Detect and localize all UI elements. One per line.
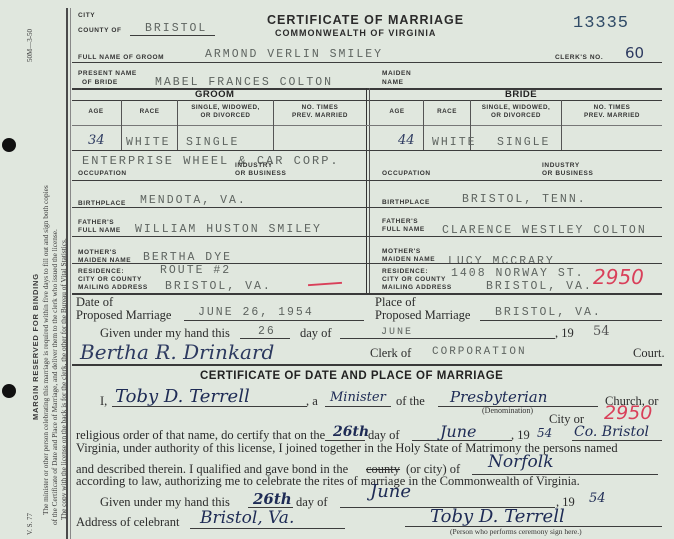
groom-residence-label-1: RESIDENCE: xyxy=(78,268,124,276)
row-rule xyxy=(72,364,662,366)
row-rule xyxy=(72,150,662,151)
form-id: V. S. 77 xyxy=(26,513,34,535)
punch-hole-icon xyxy=(2,384,16,398)
date-underline xyxy=(184,320,364,321)
col-status-line-1: SINGLE, WIDOWED, xyxy=(191,104,260,111)
cell-divider xyxy=(423,100,424,150)
license-year-prefix: , 19 xyxy=(555,326,574,341)
cell-divider xyxy=(177,100,178,150)
bride-birthplace: BRISTOL, TENN. xyxy=(462,193,587,206)
certificate-subtitle: COMMONWEALTH OF VIRGINIA xyxy=(275,28,436,38)
groom-name-value: ARMOND VERLIN SMILEY xyxy=(205,48,383,61)
ceremony-day: 26th xyxy=(333,424,369,440)
bride-heading: BRIDE xyxy=(505,89,537,100)
groom-industry-label-1: INDUSTRY xyxy=(235,162,273,170)
county-value: BRISTOL xyxy=(145,22,207,35)
bride-residence-line2: BRISTOL, VA. xyxy=(486,280,593,293)
col-times-line-2: PREV. MARRIED xyxy=(584,112,640,119)
groom-name-label: FULL NAME OF GROOM xyxy=(78,54,164,62)
margin-instruction-1: The minister or other person celebrating… xyxy=(41,185,50,515)
row-rule xyxy=(72,125,662,126)
bride-residence-label-2: CITY OR COUNTY xyxy=(382,276,446,284)
binding-title: MARGIN RESERVED FOR BINDING xyxy=(31,273,40,420)
margin-instruction-2: of the Certificate of Date and Place of … xyxy=(50,229,59,525)
bride-status: SINGLE xyxy=(497,136,550,149)
signature-caption: (Person who performs ceremony sign here.… xyxy=(450,527,582,536)
ceremony-a-label: , a xyxy=(306,394,318,409)
bride-col-age: AGE xyxy=(372,108,422,116)
row-rule xyxy=(72,207,662,208)
license-day-of: day of xyxy=(300,326,332,341)
groom-age: 34 xyxy=(88,133,105,148)
bride-present-label-1: PRESENT NAME xyxy=(78,70,137,78)
ceremony-code: 2950 xyxy=(604,402,652,424)
groom-father: WILLIAM HUSTON SMILEY xyxy=(135,223,322,236)
punch-hole-icon xyxy=(2,138,16,152)
col-status-line-2: OR DIVORCED xyxy=(201,112,251,119)
clerk-no-value: 60 xyxy=(625,44,644,62)
bride-present-label-2: OF BRIDE xyxy=(82,79,118,87)
license-given-day: 26 xyxy=(258,325,276,338)
bride-residence-label-3: MAILING ADDRESS xyxy=(382,284,452,292)
row-rule xyxy=(72,62,662,63)
bride-birthplace-label: BIRTHPLACE xyxy=(382,199,430,207)
proposed-place-value: BRISTOL, VA. xyxy=(495,306,602,319)
groom-col-age: AGE xyxy=(72,108,120,116)
county-label: COUNTY OF xyxy=(78,27,122,35)
binding-margin: 50M—3-50 V. S. 77 MARGIN RESERVED FOR BI… xyxy=(0,0,66,539)
ceremony-of-the: of the xyxy=(396,394,425,409)
court-label: Court. xyxy=(633,346,665,361)
place-label-2: Proposed Marriage xyxy=(375,308,470,323)
groom-occupation-label: OCCUPATION xyxy=(78,170,127,178)
denomination-caption: (Denomination) xyxy=(482,406,533,415)
bride-col-status: SINGLE, WIDOWED,OR DIVORCED xyxy=(471,104,561,120)
address-underline xyxy=(190,528,345,529)
groom-birthplace: MENDOTA, VA. xyxy=(140,194,247,207)
bride-industry-label-2: OR BUSINESS xyxy=(542,170,593,178)
license-given-year: 54 xyxy=(593,324,610,339)
margin-rule xyxy=(70,8,71,539)
marriage-certificate: 50M—3-50 V. S. 77 MARGIN RESERVED FOR BI… xyxy=(0,0,674,539)
city-label: CITY xyxy=(78,12,95,20)
form-code: 50M—3-50 xyxy=(26,29,34,62)
groom-father-label-1: FATHER'S xyxy=(78,219,114,227)
officiant-signature-2: Toby D. Terrell xyxy=(430,506,565,527)
bride-age: 44 xyxy=(398,133,415,148)
ceremony-year: 54 xyxy=(537,426,552,440)
officiant-signature: Toby D. Terrell xyxy=(115,386,250,407)
bride-father-label-2: FULL NAME xyxy=(382,226,425,234)
denomination-value: Presbyterian xyxy=(450,388,547,406)
groom-col-times: NO. TIMESPREV. MARRIED xyxy=(274,104,366,120)
license-given-prefix: Given under my hand this xyxy=(100,326,230,341)
groom-residence-label-2: CITY OR COUNTY xyxy=(78,276,142,284)
bride-residence-line1: 1408 NORWAY ST. xyxy=(451,267,585,280)
ceremony-line6: according to law, authorizing me to cele… xyxy=(76,474,580,489)
groom-race: WHITE xyxy=(126,136,171,149)
col-status-line-2: OR DIVORCED xyxy=(491,112,541,119)
officiant-underline xyxy=(112,406,307,407)
col-times-line-2: PREV. MARRIED xyxy=(292,112,348,119)
ceremony-given-day-of: day of xyxy=(296,495,328,510)
ceremony-given-month: June xyxy=(370,481,411,502)
groom-father-label-2: FULL NAME xyxy=(78,227,121,235)
bond-place: Norfolk xyxy=(488,452,554,472)
cell-divider xyxy=(561,100,562,150)
month-underline xyxy=(340,338,555,339)
ceremony-given-year: 54 xyxy=(589,491,606,506)
clerk-of-label: Clerk of xyxy=(370,346,411,361)
groom-mother-label-1: MOTHER'S xyxy=(78,249,117,257)
bride-mother-label-1: MOTHER'S xyxy=(382,248,421,256)
bride-industry-label-1: INDUSTRY xyxy=(542,162,580,170)
cell-divider xyxy=(121,100,122,150)
certificate-number: 13335 xyxy=(573,14,629,33)
date-label-2: Proposed Marriage xyxy=(76,308,171,323)
bride-father-label-1: FATHER'S xyxy=(382,218,418,226)
cell-divider xyxy=(273,100,274,150)
celebrant-address-label: Address of celebrant xyxy=(76,515,179,530)
bride-race: WHITE xyxy=(432,136,477,149)
groom-col-status: SINGLE, WIDOWED,OR DIVORCED xyxy=(178,104,273,120)
red-pen-mark xyxy=(308,282,342,286)
bride-col-times: NO. TIMESPREV. MARRIED xyxy=(562,104,662,120)
groom-residence-line2: BRISTOL, VA. xyxy=(165,280,272,293)
groom-heading: GROOM xyxy=(195,89,234,100)
groom-industry-label-2: OR BUSINESS xyxy=(235,170,286,178)
bride-occupation-label: OCCUPATION xyxy=(382,170,431,178)
col-status-line-1: SINGLE, WIDOWED, xyxy=(482,104,551,111)
ceremony-given-day: 26th xyxy=(253,490,292,508)
certificate-title: CERTIFICATE OF MARRIAGE xyxy=(267,13,464,27)
bride-col-race: RACE xyxy=(424,108,470,116)
day-underline xyxy=(240,338,290,339)
officiant-title: Minister xyxy=(330,390,386,405)
col-times-line-1: NO. TIMES xyxy=(594,104,631,111)
county-underline xyxy=(130,35,215,36)
title-underline xyxy=(325,406,391,407)
place-underline xyxy=(480,320,662,321)
groom-residence-label-3: MAILING ADDRESS xyxy=(78,284,148,292)
maiden-name-label-1: MAIDEN xyxy=(382,70,411,78)
groom-col-race: RACE xyxy=(122,108,177,116)
row-rule xyxy=(72,88,662,90)
col-times-line-1: NO. TIMES xyxy=(302,104,339,111)
groom-status: SINGLE xyxy=(186,136,239,149)
ceremony-title: CERTIFICATE OF DATE AND PLACE OF MARRIAG… xyxy=(200,370,503,382)
row-rule xyxy=(72,100,662,101)
ceremony-i-label: I, xyxy=(100,394,107,409)
bride-residence-code: 2950 xyxy=(593,265,644,289)
proposed-date-value: JUNE 26, 1954 xyxy=(198,306,314,319)
row-rule xyxy=(72,293,662,295)
clerk-signature: Bertha R. Drinkard xyxy=(80,340,274,364)
celebrant-address-value: Bristol, Va. xyxy=(200,508,294,528)
row-rule xyxy=(72,236,662,237)
clerk-court-value: CORPORATION xyxy=(432,346,527,358)
bride-residence-label-1: RESIDENCE: xyxy=(382,268,428,276)
clerk-no-label: CLERK'S NO. xyxy=(555,54,603,62)
ceremony-place: Co. Bristol xyxy=(574,424,649,440)
row-rule xyxy=(72,180,662,181)
license-given-month: JUNE xyxy=(381,327,413,338)
ceremony-month: June xyxy=(440,422,477,441)
margin-rule xyxy=(66,8,68,539)
groom-occupation: ENTERPRISE WHEEL & CAR CORP. xyxy=(82,154,340,168)
groom-residence-line1: ROUTE #2 xyxy=(160,264,231,277)
maiden-name-label-2: NAME xyxy=(382,79,404,87)
